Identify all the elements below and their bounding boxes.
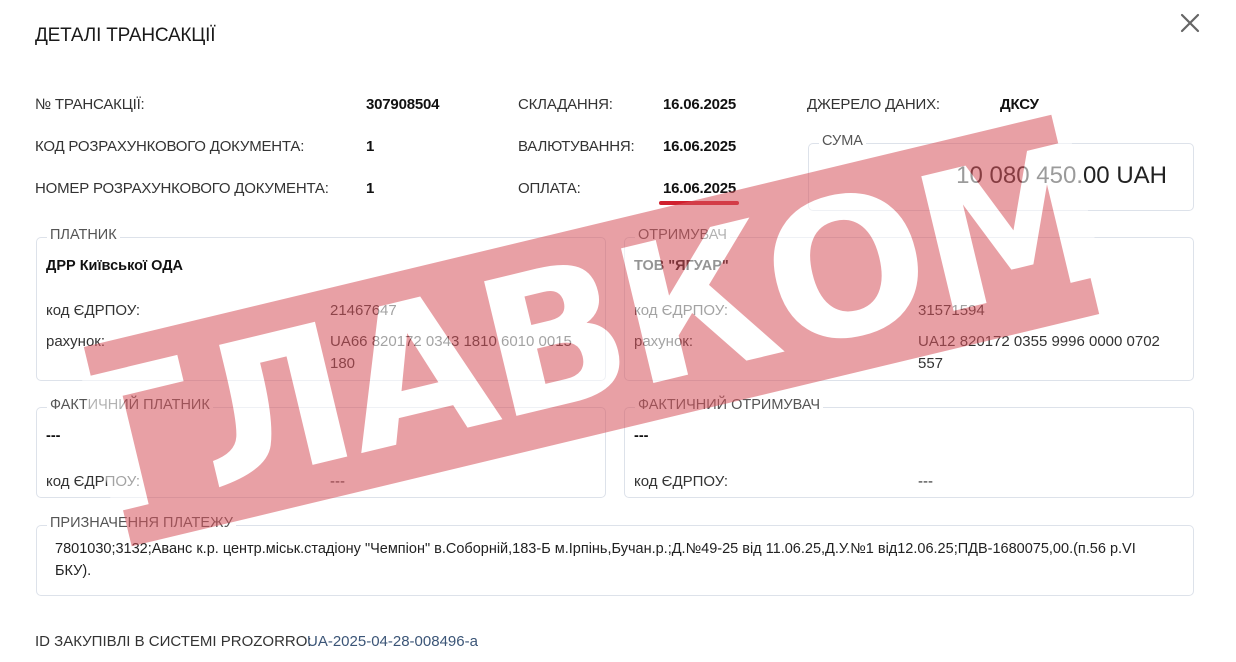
actual-recipient-edrpou-label: код ЄДРПОУ: (634, 473, 728, 490)
prozorro-link[interactable]: UA-2025-04-28-008496-a (307, 633, 478, 650)
recipient-edrpou-label: код ЄДРПОУ: (634, 302, 728, 319)
payer-box: ПЛАТНИК ДРР Київської ОДА код ЄДРПОУ: 21… (36, 237, 606, 381)
transaction-no-value: 307908504 (366, 96, 439, 113)
doc-number-value: 1 (366, 180, 374, 197)
actual-payer-name: --- (46, 428, 61, 444)
close-icon (1178, 11, 1202, 35)
payer-edrpou-label: код ЄДРПОУ: (46, 302, 140, 319)
payer-edrpou-value: 21467647 (330, 300, 590, 322)
sum-value: 10 080 450.00 UAH (956, 162, 1167, 190)
compiled-value: 16.06.2025 (663, 96, 736, 113)
actual-payer-box: ФАКТИЧНИЙ ПЛАТНИК --- код ЄДРПОУ: --- (36, 407, 606, 498)
actual-recipient-box: ФАКТИЧНИЙ ОТРИМУВАЧ --- код ЄДРПОУ: --- (624, 407, 1194, 498)
purpose-legend: ПРИЗНАЧЕННЯ ПЛАТЕЖУ (47, 515, 236, 531)
recipient-name: ТОВ "ЯГУАР" (634, 258, 729, 274)
actual-payer-edrpou-value: --- (330, 471, 590, 493)
sum-box: СУМА 10 080 450.00 UAH (808, 143, 1194, 211)
payment-label: ОПЛАТА: (518, 180, 581, 197)
annotation-underline (659, 201, 739, 205)
payer-account-value: UA66 820172 0343 1810 6010 0015 180 (330, 331, 590, 375)
doc-number-label: НОМЕР РОЗРАХУНКОВОГО ДОКУМЕНТА: (35, 180, 329, 197)
source-label: ДЖЕРЕЛО ДАНИХ: (807, 96, 940, 113)
doc-code-value: 1 (366, 138, 374, 155)
payment-value: 16.06.2025 (663, 180, 736, 197)
close-button[interactable] (1178, 11, 1202, 35)
dialog-title: ДЕТАЛІ ТРАНСАКЦІЇ (35, 25, 215, 47)
sum-legend: СУМА (819, 133, 866, 149)
recipient-edrpou-value: 31571594 (918, 300, 1178, 322)
actual-recipient-name: --- (634, 428, 649, 444)
recipient-legend: ОТРИМУВАЧ (635, 227, 730, 243)
purpose-box: ПРИЗНАЧЕННЯ ПЛАТЕЖУ 7801030;3132;Аванс к… (36, 525, 1194, 596)
actual-recipient-edrpou-value: --- (918, 471, 1178, 493)
actual-payer-legend: ФАКТИЧНИЙ ПЛАТНИК (47, 397, 213, 413)
actual-recipient-legend: ФАКТИЧНИЙ ОТРИМУВАЧ (635, 397, 823, 413)
prozorro-label: ID ЗАКУПІВЛІ В СИСТЕМІ PROZORRO: (35, 633, 312, 650)
compiled-label: СКЛАДАННЯ: (518, 96, 613, 113)
transaction-no-label: № ТРАНСАКЦІЇ: (35, 96, 145, 113)
value-date-label: ВАЛЮТУВАННЯ: (518, 138, 634, 155)
recipient-box: ОТРИМУВАЧ ТОВ "ЯГУАР" код ЄДРПОУ: 315715… (624, 237, 1194, 381)
payer-name: ДРР Київської ОДА (46, 258, 183, 274)
actual-payer-edrpou-label: код ЄДРПОУ: (46, 473, 140, 490)
recipient-account-value: UA12 820172 0355 9996 0000 0702 557 (918, 331, 1178, 375)
doc-code-label: КОД РОЗРАХУНКОВОГО ДОКУМЕНТА: (35, 138, 304, 155)
payer-legend: ПЛАТНИК (47, 227, 120, 243)
source-value: ДКСУ (1000, 96, 1039, 113)
recipient-account-label: рахунок: (634, 333, 693, 350)
purpose-text: 7801030;3132;Аванс к.р. центр.міськ.стад… (55, 538, 1175, 582)
payer-account-label: рахунок: (46, 333, 105, 350)
value-date-value: 16.06.2025 (663, 138, 736, 155)
